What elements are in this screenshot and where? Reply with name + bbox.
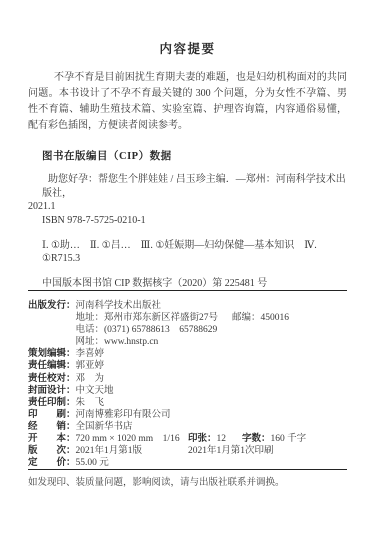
website-label: 网址： bbox=[76, 337, 105, 347]
cip-entry-line1: 助您好孕：帮您生个胖娃娃 / 吕玉珍主编．—郑州：河南科学技术出版社， bbox=[42, 174, 346, 199]
responsible-editor-value: 郭亚婷 bbox=[76, 361, 105, 371]
price-label: 定 价： bbox=[28, 458, 76, 468]
cip-isbn: ISBN 978-7-5725-0210-1 bbox=[42, 214, 347, 228]
publisher-value: 河南科学技术出版社 bbox=[76, 301, 162, 311]
summary-section: 内容提要 不孕不育是目前困扰生育期夫妻的难题，也是妇幼机构面对的共同问题。本书设… bbox=[28, 42, 347, 134]
sheets-label: 印张： bbox=[188, 434, 217, 444]
planning-editor-value: 李喜婷 bbox=[76, 349, 105, 359]
address-value: 郑州市郑东新区祥盛街27号 bbox=[104, 313, 218, 323]
printer-row: 印 刷：河南博雅彩印有限公司 bbox=[28, 409, 347, 421]
cip-heading: 图书在版编目（CIP）数据 bbox=[28, 148, 347, 163]
website-row: 网址：www.hnstp.cn bbox=[76, 336, 348, 348]
edition-value: 2021年1月第1版 bbox=[76, 446, 143, 456]
publisher-label: 出版发行： bbox=[28, 301, 76, 311]
format-value: 720 mm × 1020 mm 1/16 bbox=[76, 434, 180, 444]
cover-designer-row: 封面设计：中文天地 bbox=[28, 385, 347, 397]
distributor-value: 全国新华书店 bbox=[76, 422, 133, 432]
print-supervisor-row: 责任印制：朱 飞 bbox=[28, 397, 347, 409]
print-supervisor-label: 责任印制： bbox=[28, 398, 76, 408]
cip-section: 图书在版编目（CIP）数据 助您好孕：帮您生个胖娃娃 / 吕玉珍主编．—郑州：河… bbox=[28, 148, 347, 290]
quality-notice: 如发现印、装质量问题，影响阅读，请与出版社联系并调换。 bbox=[28, 477, 347, 490]
phone-value: (0371) 65788613 65788629 bbox=[104, 325, 217, 335]
printer-label: 印 刷： bbox=[28, 410, 76, 420]
planning-editor-row: 策划编辑：李喜婷 bbox=[28, 348, 347, 360]
cip-record-number: 中国版本图书馆 CIP 数据核字（2020）第 225481 号 bbox=[42, 277, 347, 290]
publisher-row: 出版发行：河南科学技术出版社 bbox=[28, 300, 347, 312]
summary-paragraph: 不孕不育是目前困扰生育期夫妻的难题，也是妇幼机构面对的共同问题。本书设计了不孕不… bbox=[28, 70, 347, 134]
distributor-row: 经 销：全国新华书店 bbox=[28, 421, 347, 433]
format-label: 开 本： bbox=[28, 434, 76, 444]
price-value: 55.00 元 bbox=[76, 458, 109, 468]
sheets-cell: 印张：12 bbox=[188, 433, 226, 445]
distributor-label: 经 销： bbox=[28, 422, 76, 432]
print-supervisor-value: 朱 飞 bbox=[76, 398, 105, 408]
postcode-value: 450016 bbox=[261, 313, 290, 323]
cip-entry-line2: 2021.1 bbox=[28, 200, 347, 214]
summary-title: 内容提要 bbox=[28, 42, 347, 57]
phone-label: 电话： bbox=[76, 325, 105, 335]
copyright-page: 内容提要 不孕不育是目前困扰生育期夫妻的难题，也是妇幼机构面对的共同问题。本书设… bbox=[0, 0, 375, 554]
address-label: 地址： bbox=[76, 313, 105, 323]
planning-editor-label: 策划编辑： bbox=[28, 349, 76, 359]
responsible-editor-row: 责任编辑：郭亚婷 bbox=[28, 360, 347, 372]
words-value: 160 千字 bbox=[271, 434, 307, 444]
edition-row: 版 次：2021年1月第1版 2021年1月第1次印刷 bbox=[28, 445, 347, 457]
colophon-section: 出版发行：河南科学技术出版社 地址：郑州市郑东新区祥盛街27号邮编：450016… bbox=[28, 300, 347, 469]
words-cell: 字数：160 千字 bbox=[242, 433, 306, 445]
website-value: www.hnstp.cn bbox=[104, 337, 158, 347]
proofreader-row: 责任校对：邓 为 bbox=[28, 373, 347, 385]
words-label: 字数： bbox=[242, 434, 271, 444]
price-row: 定 价：55.00 元 bbox=[28, 457, 347, 469]
sheets-value: 12 bbox=[217, 434, 227, 444]
phone-row: 电话：(0371) 65788613 65788629 bbox=[76, 324, 348, 336]
printer-value: 河南博雅彩印有限公司 bbox=[76, 410, 171, 420]
printing-value: 2021年1月第1次印刷 bbox=[188, 445, 274, 457]
address-row: 地址：郑州市郑东新区祥盛街27号邮编：450016 bbox=[76, 312, 348, 324]
proofreader-label: 责任校对： bbox=[28, 374, 76, 384]
cip-classification: Ⅰ. ①助… Ⅱ. ①吕… Ⅲ. ①妊娠期—妇幼保健—基本知识 Ⅳ. ①R715… bbox=[42, 239, 347, 265]
bottom-divider bbox=[28, 469, 347, 470]
top-divider bbox=[28, 290, 347, 291]
responsible-editor-label: 责任编辑： bbox=[28, 361, 76, 371]
cover-designer-label: 封面设计： bbox=[28, 386, 76, 396]
cover-designer-value: 中文天地 bbox=[76, 386, 114, 396]
postcode-label: 邮编： bbox=[232, 313, 261, 323]
proofreader-value: 邓 为 bbox=[76, 374, 105, 384]
format-row: 开 本：720 mm × 1020 mm 1/16 印张：12 字数：160 千… bbox=[28, 433, 347, 445]
edition-label: 版 次： bbox=[28, 446, 76, 456]
cip-block: 助您好孕：帮您生个胖娃娃 / 吕玉珍主编．—郑州：河南科学技术出版社， 2021… bbox=[28, 173, 347, 290]
cip-entry: 助您好孕：帮您生个胖娃娃 / 吕玉珍主编．—郑州：河南科学技术出版社， 2021… bbox=[42, 173, 347, 214]
